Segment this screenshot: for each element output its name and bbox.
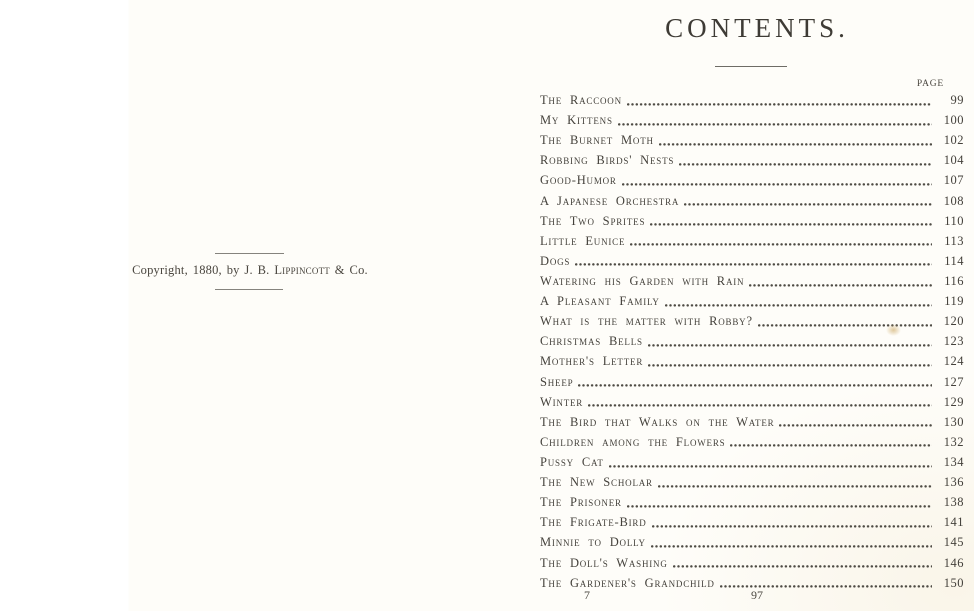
toc-row: Winter 129 (540, 392, 964, 412)
dotted-leader (609, 465, 932, 468)
book-scan: Copyright, 1880, by J. B. Lippincott & C… (0, 0, 974, 611)
toc-entry-page: 136 (938, 472, 964, 492)
toc-row: The Doll's Washing 146 (540, 553, 964, 573)
toc-entry-page: 113 (938, 231, 964, 251)
signature-mark: 7 (584, 588, 590, 603)
toc-row: Mother's Letter 124 (540, 351, 964, 371)
dotted-leader (622, 183, 932, 186)
toc-entry-page: 123 (938, 331, 964, 351)
dotted-leader (575, 263, 932, 266)
toc-entry-page: 134 (938, 452, 964, 472)
toc-row: The New Scholar 136 (540, 472, 964, 492)
toc-entry-page: 132 (938, 432, 964, 452)
toc-entry-page: 116 (938, 271, 964, 291)
title-rule (715, 66, 787, 67)
toc-row: Good-Humor 107 (540, 170, 964, 190)
toc-entry-title: Dogs (540, 251, 570, 271)
toc-entry-page: 102 (938, 130, 964, 150)
toc-entry-title: Pussy Cat (540, 452, 604, 472)
dotted-leader (673, 565, 932, 568)
toc-row: My Kittens 100 (540, 110, 964, 130)
toc-entry-title: My Kittens (540, 110, 613, 130)
toc-row: Little Eunice 113 (540, 231, 964, 251)
paper-blemish (886, 324, 901, 336)
toc-row: The Raccoon 99 (540, 90, 964, 110)
toc-list: The Raccoon 99 My Kittens 100 The Burnet… (540, 90, 964, 593)
toc-entry-title: Watering his Garden with Rain (540, 271, 744, 291)
toc-row: Sheep 127 (540, 372, 964, 392)
dotted-leader (665, 304, 932, 307)
toc-entry-title: A Japanese Orchestra (540, 191, 679, 211)
dotted-leader (578, 384, 932, 387)
toc-entry-page: 124 (938, 351, 964, 371)
dotted-leader (652, 525, 932, 528)
toc-entry-title: The Gardener's Grandchild (540, 573, 715, 593)
page-title: CONTENTS. (665, 13, 849, 44)
toc-row: Minnie to Dolly 145 (540, 532, 964, 552)
toc-entry-title: The Raccoon (540, 90, 622, 110)
copyright-publisher-name: Lippincott (274, 263, 330, 277)
toc-entry-page: 138 (938, 492, 964, 512)
toc-row: Watering his Garden with Rain 116 (540, 271, 964, 291)
toc-entry-title: The Doll's Washing (540, 553, 668, 573)
toc-entry-title: Minnie to Dolly (540, 532, 646, 552)
toc-entry-title: The Prisoner (540, 492, 622, 512)
toc-entry-page: 104 (938, 150, 964, 170)
toc-entry-page: 119 (938, 291, 964, 311)
toc-row: The Bird that Walks on the Water 130 (540, 412, 964, 432)
dotted-leader (627, 505, 932, 508)
toc-entry-title: Christmas Bells (540, 331, 643, 351)
dotted-leader (648, 364, 932, 367)
page-column-label: PAGE (917, 79, 944, 89)
toc-entry-title: Children among the Flowers (540, 432, 725, 452)
dotted-leader (779, 424, 932, 427)
toc-entry-page: 100 (938, 110, 964, 130)
toc-entry-page: 130 (938, 412, 964, 432)
dotted-leader (749, 284, 932, 287)
dotted-leader (588, 404, 932, 407)
toc-entry-title: Good-Humor (540, 170, 617, 190)
toc-entry-page: 150 (938, 573, 964, 593)
dotted-leader (627, 103, 932, 106)
copyright-text-suffix: & Co. (330, 263, 368, 277)
toc-entry-page: 108 (938, 191, 964, 211)
toc-row: Pussy Cat 134 (540, 452, 964, 472)
toc-row: A Pleasant Family 119 (540, 291, 964, 311)
toc-row: Children among the Flowers 132 (540, 432, 964, 452)
page-number: 97 (751, 588, 763, 603)
toc-entry-title: The Frigate-Bird (540, 512, 647, 532)
toc-entry-page: 129 (938, 392, 964, 412)
dotted-leader (684, 203, 932, 206)
toc-row: The Two Sprites 110 (540, 211, 964, 231)
toc-entry-title: What is the matter with Robby? (540, 311, 753, 331)
toc-entry-title: The Bird that Walks on the Water (540, 412, 774, 432)
toc-entry-title: A Pleasant Family (540, 291, 660, 311)
dotted-leader (650, 223, 932, 226)
toc-entry-page: 145 (938, 532, 964, 552)
toc-entry-title: Mother's Letter (540, 351, 643, 371)
toc-entry-title: The Two Sprites (540, 211, 645, 231)
dotted-leader (679, 163, 932, 166)
toc-entry-page: 127 (938, 372, 964, 392)
toc-entry-page: 114 (938, 251, 964, 271)
toc-entry-title: The New Scholar (540, 472, 653, 492)
copyright-text-prefix: Copyright, 1880, by J. B. (132, 263, 274, 277)
copyright-rule-bottom (215, 289, 283, 290)
toc-row: The Prisoner 138 (540, 492, 964, 512)
dotted-leader (618, 123, 932, 126)
toc-entry-page: 141 (938, 512, 964, 532)
toc-entry-title: Winter (540, 392, 583, 412)
toc-entry-title: Sheep (540, 372, 573, 392)
dotted-leader (659, 143, 932, 146)
dotted-leader (630, 243, 932, 246)
toc-entry-page: 146 (938, 553, 964, 573)
dotted-leader (758, 324, 932, 327)
toc-row: Christmas Bells 123 (540, 331, 964, 351)
toc-entry-title: Little Eunice (540, 231, 625, 251)
toc-entry-page: 107 (938, 170, 964, 190)
toc-entry-page: 99 (938, 90, 964, 110)
toc-row: Dogs 114 (540, 251, 964, 271)
toc-row: A Japanese Orchestra 108 (540, 191, 964, 211)
toc-row: The Frigate-Bird 141 (540, 512, 964, 532)
dotted-leader (651, 545, 932, 548)
dotted-leader (658, 485, 932, 488)
dotted-leader (648, 344, 932, 347)
toc-entry-title: Robbing Birds' Nests (540, 150, 674, 170)
copyright-line: Copyright, 1880, by J. B. Lippincott & C… (127, 263, 373, 278)
copyright-rule-top (215, 253, 284, 254)
toc-entry-title: The Burnet Moth (540, 130, 654, 150)
toc-row: Robbing Birds' Nests 104 (540, 150, 964, 170)
toc-entry-page: 120 (938, 311, 964, 331)
toc-entry-page: 110 (938, 211, 964, 231)
dotted-leader (730, 444, 932, 447)
toc-row: The Burnet Moth 102 (540, 130, 964, 150)
